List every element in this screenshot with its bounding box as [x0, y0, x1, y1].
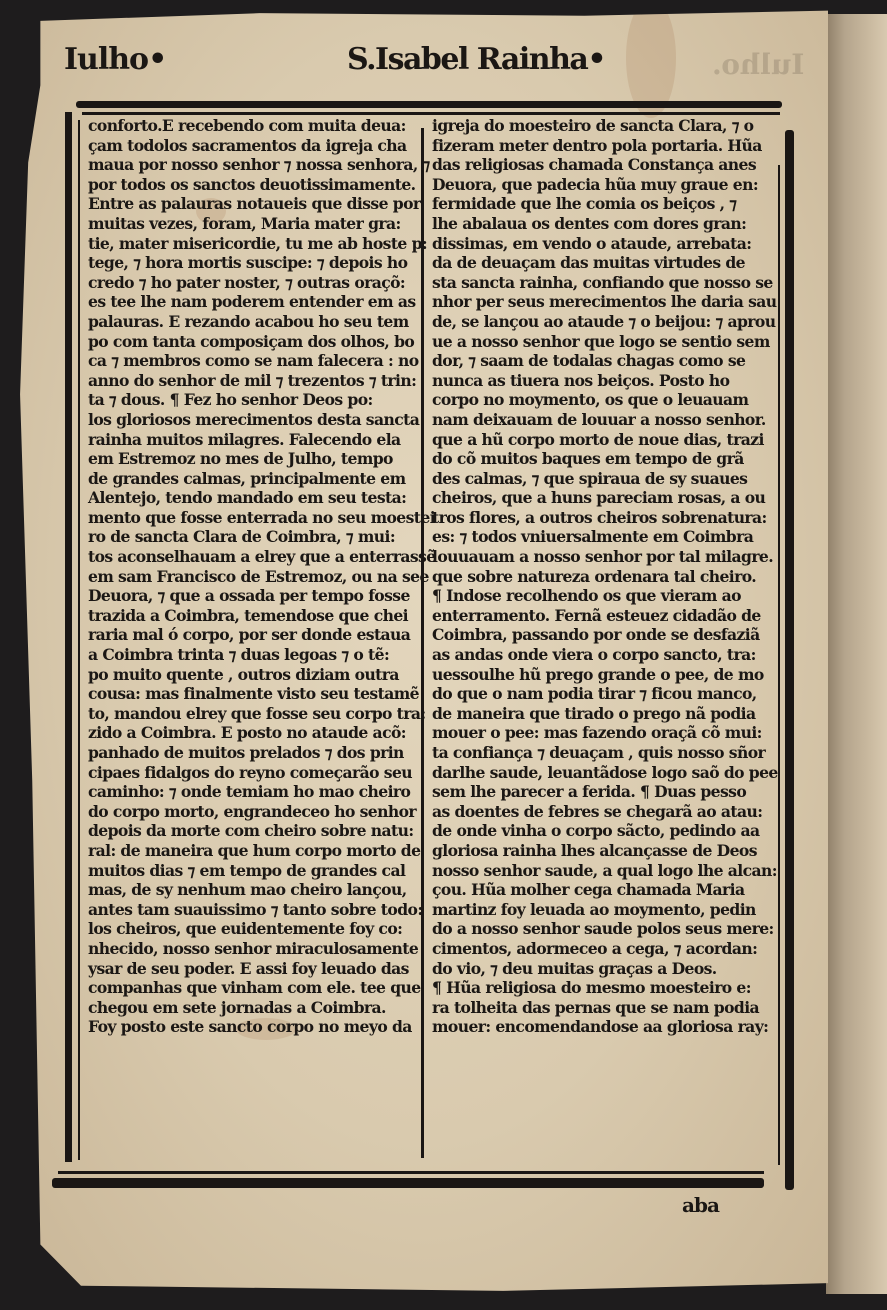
text-line: credo ⁊ ho pater noster, ⁊ outras oraçõ:	[88, 273, 414, 293]
text-line: do corpo morto, engrandeceo ho senhor	[88, 802, 414, 822]
top-rule-thick	[76, 101, 782, 108]
text-line: los gloriosos merecimentos desta sancta	[88, 410, 414, 430]
text-line: nhecido, nosso senhor miraculosamente	[88, 939, 414, 959]
text-line: ra tolheita das pernas que se nam podia	[432, 998, 774, 1018]
text-line: palauras. E rezando acabou ho seu tem	[88, 312, 414, 332]
text-line: nhor per seus merecimentos lhe daria sau	[432, 292, 774, 312]
text-line: po muito quente , outros diziam outra	[88, 665, 414, 685]
text-line: de grandes calmas, principalmente em	[88, 469, 414, 489]
text-line: de, se lançou ao ataude ⁊ o beijou: ⁊ ap…	[432, 312, 774, 332]
text-line: Deuora, ⁊ que a ossada per tempo fosse	[88, 586, 414, 606]
text-line: que a hũ corpo morto de noue dias, trazi	[432, 430, 774, 450]
text-line: los cheiros, que euidentemente foy co:	[88, 919, 414, 939]
text-line: da de deuaçam das muitas virtudes de	[432, 253, 774, 273]
text-line: trazida a Coimbra, temendose que chei	[88, 606, 414, 626]
bottom-rule-thick	[52, 1178, 764, 1188]
text-line: mento que fosse enterrada no seu moestei	[88, 508, 414, 528]
text-line: antes tam suauissimo ⁊ tanto sobre todo:	[88, 900, 414, 920]
text-line: em Estremoz no mes de Julho, tempo	[88, 449, 414, 469]
text-line: ue a nosso senhor que logo se sentio sem	[432, 332, 774, 352]
text-line: de onde vinha o corpo sãcto, pedindo aa	[432, 821, 774, 841]
text-line: es: ⁊ todos vniuersalmente em Coimbra	[432, 527, 774, 547]
running-head-month: Iulho•	[64, 42, 166, 77]
text-line: dissimas, em vendo o ataude, arrebata:	[432, 234, 774, 254]
text-line: das religiosas chamada Constança anes	[432, 155, 774, 175]
text-line: des calmas, ⁊ que spiraua de sy suaues	[432, 469, 774, 489]
adjacent-page-edge	[826, 14, 887, 1294]
text-line: louuauam a nosso senhor por tal milagre.	[432, 547, 774, 567]
left-border-thin	[78, 120, 80, 1160]
text-line: conforto.E recebendo com muita deua:	[88, 116, 414, 136]
text-line: Alentejo, tendo mandado em seu testa:	[88, 488, 414, 508]
text-line: raria mal ó corpo, por ser donde estaua	[88, 625, 414, 645]
text-line: as doentes de febres se chegarã ao atau:	[432, 802, 774, 822]
text-line: caminho: ⁊ onde temiam ho mao cheiro	[88, 782, 414, 802]
text-line: tros flores, a outros cheiros sobrenatur…	[432, 508, 774, 528]
text-line: ¶ Indose recolhendo os que vieram ao	[432, 586, 774, 606]
text-line: cheiros, que a huns pareciam rosas, a ou	[432, 488, 774, 508]
text-line: ta ⁊ dous. ¶ Fez ho senhor Deos po:	[88, 390, 414, 410]
text-line: do que o nam podia tirar ⁊ ficou manco,	[432, 684, 774, 704]
top-rule-thin	[82, 112, 780, 115]
text-line: tos aconselhauam a elrey que a enterrass…	[88, 547, 414, 567]
text-column-right: igreja do moesteiro de sancta Clara, ⁊ o…	[432, 116, 774, 1037]
text-line: mouer: encomendandose aa gloriosa ray:	[432, 1017, 774, 1037]
text-line: mouer o pee: mas fazendo oraçã cõ mui:	[432, 723, 774, 743]
text-line: çou. Hũa molher cega chamada Maria	[432, 880, 774, 900]
text-line: ¶ Hũa religiosa do mesmo moesteiro e:	[432, 978, 774, 998]
text-line: a Coimbra trinta ⁊ duas legoas ⁊ o tẽ:	[88, 645, 414, 665]
right-border-thick	[785, 130, 794, 1190]
text-line: Foy posto este sancto corpo no meyo da	[88, 1017, 414, 1037]
text-line: Deuora, que padecia hũa muy graue en:	[432, 175, 774, 195]
text-line: martinz foy leuada ao moymento, pedin	[432, 900, 774, 920]
text-line: sta sancta rainha, confiando que nosso s…	[432, 273, 774, 293]
text-line: nunca as tiuera nos beiços. Posto ho	[432, 371, 774, 391]
text-line: companhas que vinham com ele. tee que	[88, 978, 414, 998]
text-line: ral: de maneira que hum corpo morto de	[88, 841, 414, 861]
text-line: uessoulhe hũ prego grande o pee, de mo	[432, 665, 774, 685]
text-line: igreja do moesteiro de sancta Clara, ⁊ o	[432, 116, 774, 136]
left-border-thick	[65, 112, 72, 1162]
text-line: panhado de muitos prelados ⁊ dos prin	[88, 743, 414, 763]
text-line: enterramento. Fernã esteuez cidadão de	[432, 606, 774, 626]
text-line: ca ⁊ membros como se nam falecera : no	[88, 351, 414, 371]
text-line: fermidade que lhe comia os beiços , ⁊	[432, 194, 774, 214]
running-head-title: S.Isabel Rainha•	[347, 42, 605, 77]
text-line: mas, de sy nenhum mao cheiro lançou,	[88, 880, 414, 900]
text-line: anno do senhor de mil ⁊ trezentos ⁊ trin…	[88, 371, 414, 391]
text-line: muitas vezes, foram, Maria mater gra:	[88, 214, 414, 234]
right-border-thin	[778, 165, 780, 1165]
text-line: fizeram meter dentro pola portaria. Hũa	[432, 136, 774, 156]
text-column-left: conforto.E recebendo com muita deua: çam…	[88, 116, 414, 1037]
text-line: ta confiança ⁊ deuaçam , quis nosso sñor	[432, 743, 774, 763]
text-line: zido a Coimbra. E posto no ataude acõ:	[88, 723, 414, 743]
text-line: do cõ muitos baques em tempo de grã	[432, 449, 774, 469]
text-line: sem lhe parecer a ferida. ¶ Duas pesso	[432, 782, 774, 802]
text-line: Entre as palauras notaueis que disse por	[88, 194, 414, 214]
text-line: tie, mater misericordie, tu me ab hoste …	[88, 234, 414, 254]
text-line: gloriosa rainha lhes alcançasse de Deos	[432, 841, 774, 861]
signature-mark: aba	[682, 1193, 719, 1217]
text-line: çam todolos sacramentos da igreja cha	[88, 136, 414, 156]
text-line: por todos os sanctos deuotissimamente.	[88, 175, 414, 195]
text-line: es tee lhe nam poderem entender em as	[88, 292, 414, 312]
text-line: em sam Francisco de Estremoz, ou na see	[88, 567, 414, 587]
text-line: nosso senhor saude, a qual logo lhe alca…	[432, 861, 774, 881]
text-line: maua por nosso senhor ⁊ nossa senhora, ⁊	[88, 155, 414, 175]
show-through-text: Iulho.	[712, 48, 804, 81]
text-line: darlhe saude, leuantãdose logo saõ do pe…	[432, 763, 774, 783]
text-line: que sobre natureza ordenara tal cheiro.	[432, 567, 774, 587]
text-line: ysar de seu poder. E assi foy leuado das	[88, 959, 414, 979]
bottom-rule-thin	[58, 1171, 764, 1174]
text-line: cimentos, adormeceo a cega, ⁊ acordan:	[432, 939, 774, 959]
text-line: cipaes fidalgos do reyno começarão seu	[88, 763, 414, 783]
text-line: lhe abalaua os dentes com dores gran:	[432, 214, 774, 234]
text-line: depois da morte com cheiro sobre natu:	[88, 821, 414, 841]
text-line: as andas onde viera o corpo sancto, tra:	[432, 645, 774, 665]
text-line: tege, ⁊ hora mortis suscipe: ⁊ depois ho	[88, 253, 414, 273]
text-line: corpo no moymento, os que o leuauam	[432, 390, 774, 410]
text-line: cousa: mas finalmente visto seu testamẽ	[88, 684, 414, 704]
text-line: do vio, ⁊ deu muitas graças a Deos.	[432, 959, 774, 979]
text-line: Coimbra, passando por onde se desfaziã	[432, 625, 774, 645]
text-line: muitos dias ⁊ em tempo de grandes cal	[88, 861, 414, 881]
text-line: ro de sancta Clara de Coimbra, ⁊ mui:	[88, 527, 414, 547]
text-line: to, mandou elrey que fosse seu corpo tra…	[88, 704, 414, 724]
text-line: nam deixauam de louuar a nosso senhor.	[432, 410, 774, 430]
text-line: rainha muitos milagres. Falecendo ela	[88, 430, 414, 450]
text-line: dor, ⁊ saam de todalas chagas como se	[432, 351, 774, 371]
running-header: Iulho• S.Isabel Rainha•	[64, 42, 797, 82]
text-line: chegou em sete jornadas a Coimbra.	[88, 998, 414, 1018]
column-divider	[421, 128, 424, 1158]
text-line: po com tanta composiçam dos olhos, bo	[88, 332, 414, 352]
text-line: do a nosso senhor saude polos seus mere:	[432, 919, 774, 939]
text-line: de maneira que tirado o prego nã podia	[432, 704, 774, 724]
